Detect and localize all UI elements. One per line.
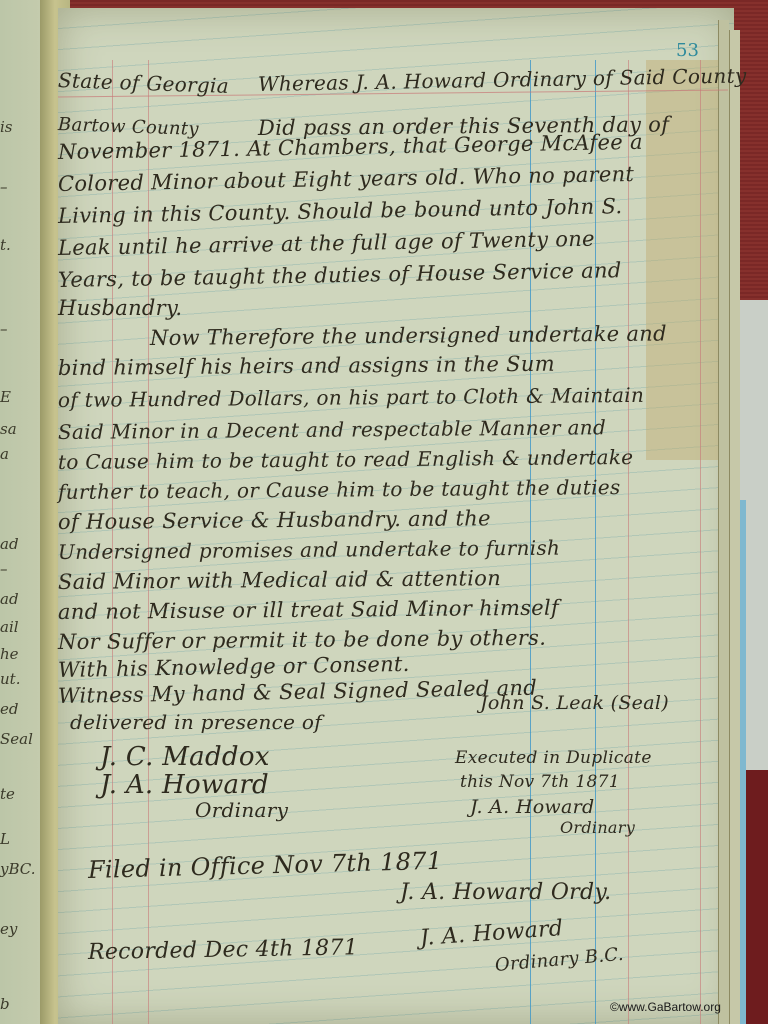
left-fragment: ad <box>0 535 19 553</box>
text-line: and not Misuse or ill treat Said Minor h… <box>58 596 559 624</box>
left-fragment: ut. <box>0 670 20 688</box>
left-fragment: ail <box>0 618 19 636</box>
left-fragment: L <box>0 830 10 848</box>
left-fragment: ad <box>0 590 19 608</box>
left-fragment: yBC. <box>0 860 36 878</box>
book-cover-edge <box>740 500 746 1024</box>
text-line: to Cause him to be taught to read Englis… <box>58 445 634 474</box>
executed-title: Ordinary <box>560 818 635 837</box>
executed-sign: J. A. Howard <box>470 796 594 818</box>
column-line <box>628 60 629 1024</box>
page-number: 53 <box>676 40 699 61</box>
left-fragment: – <box>0 560 8 578</box>
text-line: further to teach, or Cause him to be tau… <box>58 475 621 504</box>
left-fragment: ed <box>0 700 18 718</box>
left-fragment: te <box>0 785 15 803</box>
left-fragment: Seal <box>0 730 33 748</box>
executed-line: Executed in Duplicate <box>455 748 652 768</box>
left-fragment: he <box>0 645 19 663</box>
delivered-line: delivered in presence of <box>70 710 322 734</box>
filed-sign: J. A. Howard Ordy. <box>400 880 611 905</box>
witness-howard: J. A. Howard <box>100 770 269 800</box>
left-fragment: ey <box>0 920 17 938</box>
column-line <box>700 60 701 1024</box>
text-line: Said Minor in a Decent and respectable M… <box>58 415 606 444</box>
left-fragment: – <box>0 320 8 338</box>
left-fragment: a <box>0 445 9 463</box>
left-fragment: is <box>0 118 13 136</box>
left-fragment: E <box>0 388 11 406</box>
left-fragment: – <box>0 178 8 196</box>
text-line: bind himself his heirs and assigns in th… <box>58 352 555 380</box>
copyright-watermark: ©www.GaBartow.org <box>610 1000 721 1014</box>
text-line: Undersigned promises and undertake to fu… <box>58 536 560 564</box>
text-line: Nor Suffer or permit it to be done by ot… <box>58 626 546 654</box>
text-line: of House Service & Husbandry. and the <box>58 506 491 534</box>
witness-howard-title: Ordinary <box>195 798 288 822</box>
text-line: of two Hundred Dollars, on his part to C… <box>58 383 644 412</box>
left-fragment: t. <box>0 236 11 254</box>
signer-name: John S. Leak (Seal) <box>480 692 669 714</box>
page-edge <box>729 30 740 1024</box>
recorded-line: Recorded Dec 4th 1871 <box>88 935 359 965</box>
text-line: Husbandry. <box>58 296 182 320</box>
text-line: Now Therefore the undersigned undertake … <box>150 321 667 350</box>
executed-date: this Nov 7th 1871 <box>460 772 620 792</box>
witness-maddox: J. C. Maddox <box>100 742 270 772</box>
page-edge <box>718 20 729 1024</box>
left-fragment: b <box>0 995 10 1013</box>
left-fragment: sa <box>0 420 17 438</box>
text-line: Said Minor with Medical aid & attention <box>58 566 501 594</box>
